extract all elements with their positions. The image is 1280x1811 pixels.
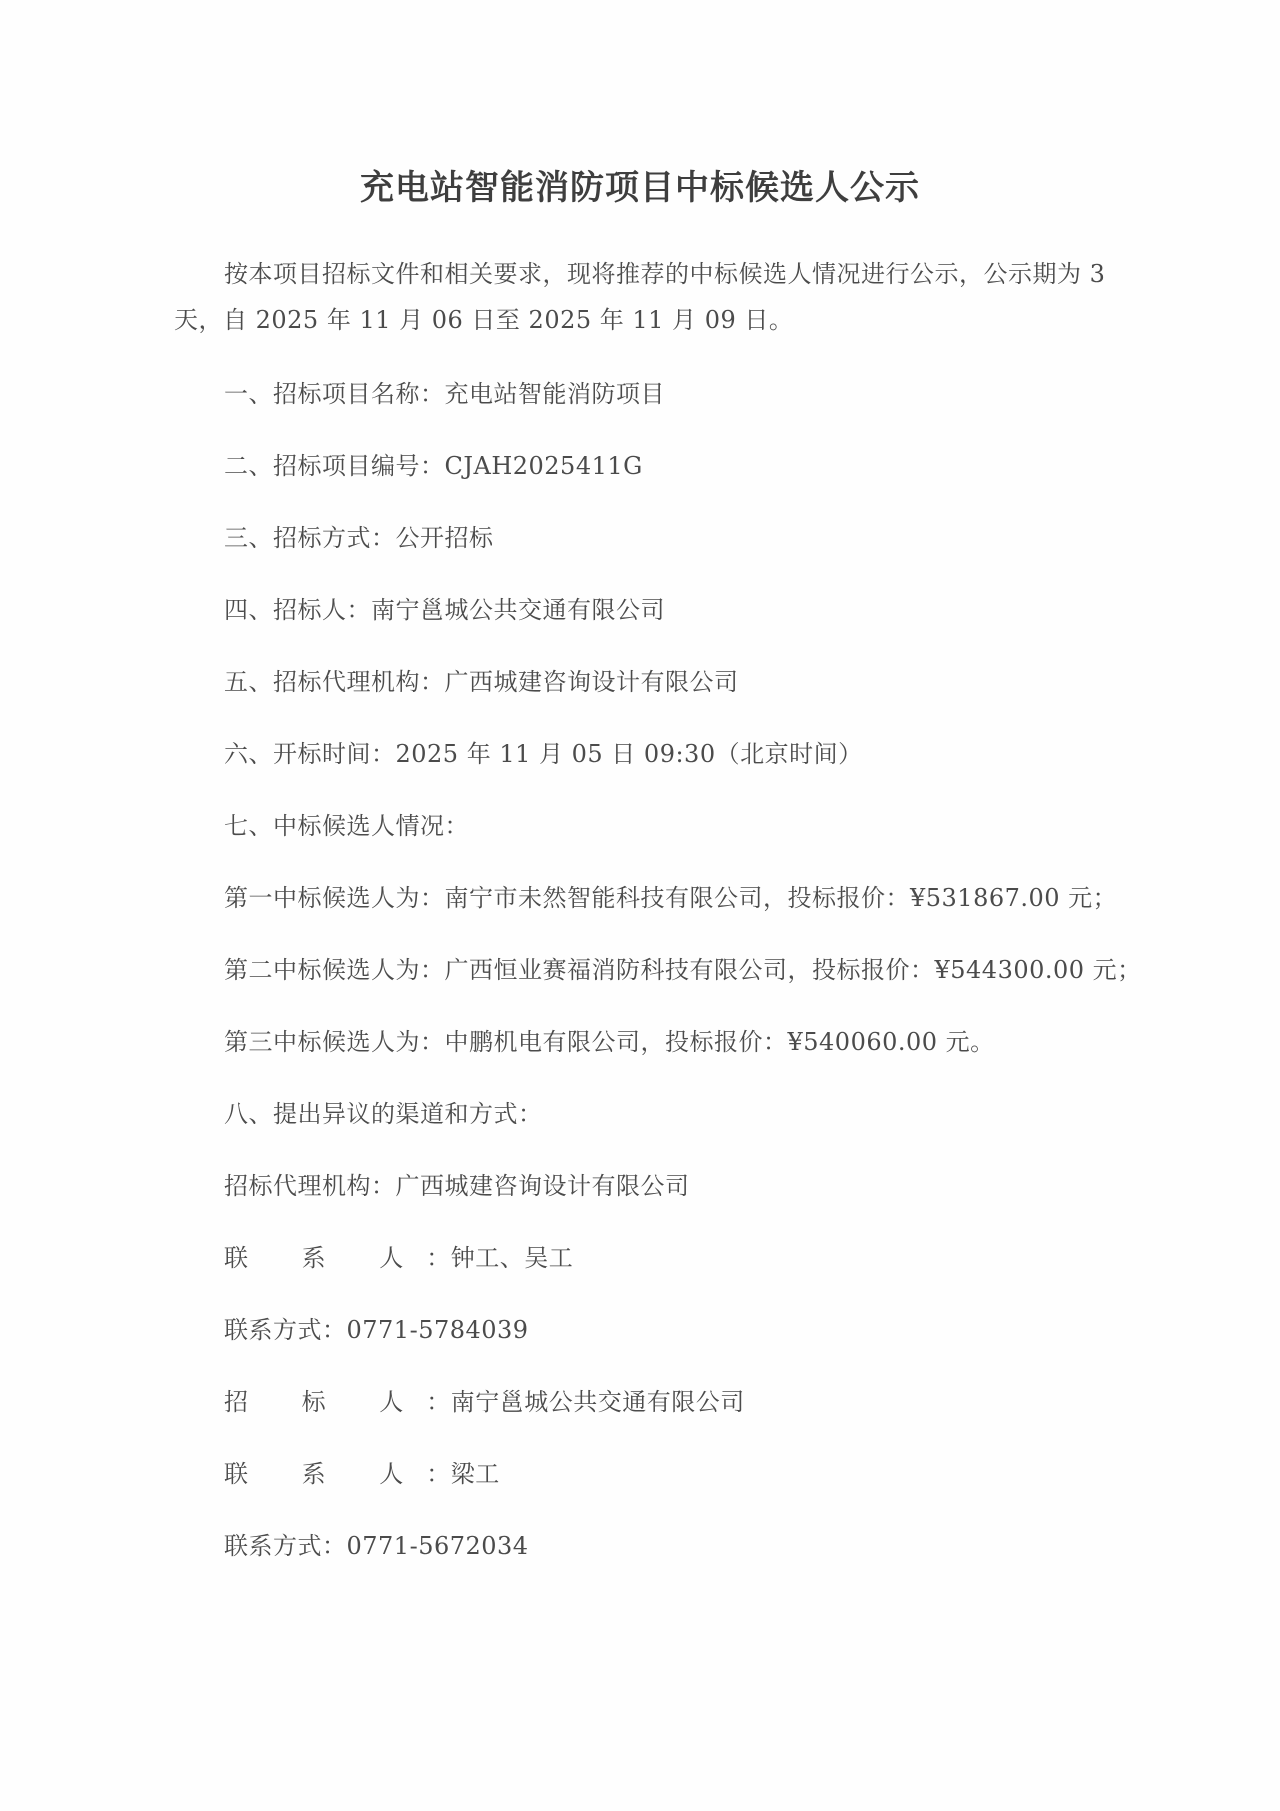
candidate-row-1: 第一中标候选人为：南宁市未然智能科技有限公司，投标报价：¥531867.00 元… <box>224 882 1117 914</box>
section-label: 一、招标项目名称： <box>224 380 445 408</box>
field-colon: ： <box>426 1388 451 1416</box>
candidate-row-3: 第三中标候选人为：中鹏机电有限公司，投标报价：¥540060.00 元。 <box>224 1026 995 1058</box>
field-label: 招 标 人 <box>224 1386 426 1418</box>
field-value: 钟工、吴工 <box>451 1244 574 1272</box>
candidate-price: ¥544300.00 元； <box>935 956 1142 984</box>
objection-agency-contact: 联 系 人：钟工、吴工 <box>224 1242 573 1274</box>
field-label: 联 系 人 <box>224 1242 426 1274</box>
candidate-price: ¥540060.00 元。 <box>788 1028 995 1056</box>
candidate-company: 广西恒业赛福消防科技有限公司 <box>445 956 788 984</box>
section-project-name: 一、招标项目名称：充电站智能消防项目 <box>224 378 665 410</box>
objection-agency-phone: 联系方式：0771-5784039 <box>224 1314 529 1346</box>
section-label: 六、开标时间： <box>224 740 396 768</box>
document-title: 充电站智能消防项目中标候选人公示 <box>0 166 1280 210</box>
objection-tenderer-phone: 联系方式：0771-5672034 <box>224 1530 529 1562</box>
field-value: 广西城建咨询设计有限公司 <box>396 1172 690 1200</box>
section-label: 七、中标候选人情况： <box>224 812 469 840</box>
section-label: 三、招标方式： <box>224 524 396 552</box>
field-value: 0771-5784039 <box>347 1316 529 1344</box>
candidate-row-2: 第二中标候选人为：广西恒业赛福消防科技有限公司，投标报价：¥544300.00 … <box>224 954 1142 986</box>
intro-line-1: 按本项目招标文件和相关要求，现将推荐的中标候选人情况进行公示，公示期为 3 <box>224 258 1105 290</box>
candidate-rank: 第三中标候选人为： <box>224 1028 445 1056</box>
section-agency: 五、招标代理机构：广西城建咨询设计有限公司 <box>224 666 739 698</box>
document-page: 充电站智能消防项目中标候选人公示 按本项目招标文件和相关要求，现将推荐的中标候选… <box>0 0 1280 1811</box>
section-label: 四、招标人： <box>224 596 371 624</box>
field-value: 南宁邕城公共交通有限公司 <box>451 1388 745 1416</box>
candidate-price: ¥531867.00 元； <box>910 884 1117 912</box>
section-project-number: 二、招标项目编号：CJAH2025411G <box>224 450 643 482</box>
section-label: 五、招标代理机构： <box>224 668 445 696</box>
candidate-price-label: ，投标报价： <box>788 956 935 984</box>
objection-heading: 八、提出异议的渠道和方式： <box>224 1098 543 1130</box>
section-value: 2025 年 11 月 05 日 09:30（北京时间） <box>396 740 863 768</box>
section-value: 充电站智能消防项目 <box>445 380 666 408</box>
section-value: 公开招标 <box>396 524 494 552</box>
intro-line-2: 天，自 2025 年 11 月 06 日至 2025 年 11 月 09 日。 <box>174 304 793 336</box>
field-colon: ： <box>426 1244 451 1272</box>
field-label: 联 系 人 <box>224 1458 426 1490</box>
candidate-rank: 第一中标候选人为： <box>224 884 445 912</box>
field-label: 招标代理机构： <box>224 1172 396 1200</box>
field-value: 梁工 <box>451 1460 500 1488</box>
objection-tenderer: 招 标 人：南宁邕城公共交通有限公司 <box>224 1386 745 1418</box>
section-tender-method: 三、招标方式：公开招标 <box>224 522 494 554</box>
field-colon: ： <box>426 1460 451 1488</box>
section-opening-time: 六、开标时间：2025 年 11 月 05 日 09:30（北京时间） <box>224 738 863 770</box>
candidate-rank: 第二中标候选人为： <box>224 956 445 984</box>
section-candidates-heading: 七、中标候选人情况： <box>224 810 469 842</box>
field-value: 0771-5672034 <box>347 1532 529 1560</box>
section-value: 广西城建咨询设计有限公司 <box>445 668 739 696</box>
candidate-price-label: ，投标报价： <box>641 1028 788 1056</box>
section-value: 南宁邕城公共交通有限公司 <box>371 596 665 624</box>
section-label: 二、招标项目编号： <box>224 452 445 480</box>
candidate-price-label: ，投标报价： <box>763 884 910 912</box>
section-tenderer: 四、招标人：南宁邕城公共交通有限公司 <box>224 594 665 626</box>
field-label: 联系方式： <box>224 1532 347 1560</box>
candidate-company: 南宁市未然智能科技有限公司 <box>445 884 764 912</box>
section-value: CJAH2025411G <box>445 452 643 480</box>
candidate-company: 中鹏机电有限公司 <box>445 1028 641 1056</box>
objection-agency: 招标代理机构：广西城建咨询设计有限公司 <box>224 1170 690 1202</box>
field-label: 联系方式： <box>224 1316 347 1344</box>
objection-tenderer-contact: 联 系 人：梁工 <box>224 1458 500 1490</box>
